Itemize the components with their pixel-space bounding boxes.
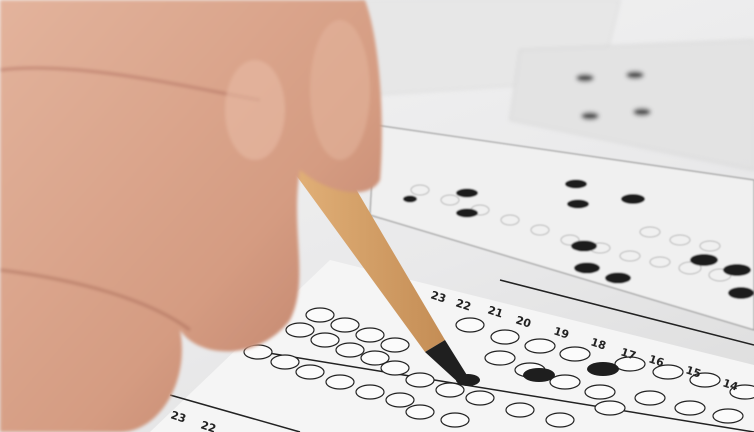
photo-scene: 23 22 21 20 19 18 17 16 15 14 23 22 xyxy=(0,0,754,432)
hand-with-pencil xyxy=(0,0,754,432)
